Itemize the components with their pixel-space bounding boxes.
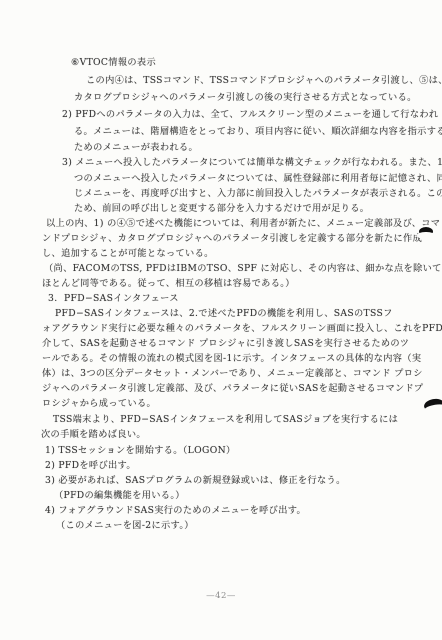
text-line: （このメニューを図-2に示す。） bbox=[56, 520, 194, 531]
scan-ink-mark bbox=[419, 227, 433, 236]
text-line: 以上の内、1) の④⑤で述べた機能については、利用者が新たに、メニュー定義部及び… bbox=[46, 218, 440, 229]
text-line: 体）は、3つの区分データセット・メンバーであり、メニュー定義部と、コマンド プロ… bbox=[42, 368, 423, 379]
text-line: 3) 必要があれば、SASプログラムの新規登録或いは、修正を行なう。 bbox=[45, 475, 346, 486]
text-line: ほとんど同等である。従って、相互の移植は容易である。） bbox=[42, 278, 295, 289]
text-line: ロシジャから成っている。 bbox=[42, 398, 156, 409]
text-line: ォアグラウンド実行に必要な種々のパラメータを、フルスクリーン画面に投入し、これを… bbox=[42, 323, 442, 334]
page-number: —42— bbox=[0, 591, 442, 601]
text-line: 3) メニューへ投入したパラメータについては簡単な構文チェックが行なわれる。また… bbox=[62, 157, 442, 168]
text-line: 2) PFDを呼び出す。 bbox=[45, 460, 136, 471]
text-line: 介して、SASを起動させるコマンド プロシジャに引き渡しSASを実行させるための… bbox=[42, 338, 409, 349]
text-line: （尚、FACOMのTSS, PFDはIBMのTSO、SPF に対応し、その内容は… bbox=[44, 263, 442, 274]
text-line: ールである。その情報の流れの模式図を図-1に示す。インタフェースの具体的な内容（… bbox=[42, 353, 421, 364]
text-line: ジャへのパラメータ引渡し定義部、及び、パラメータに従いSASを起動させるコマンド… bbox=[42, 383, 423, 394]
text-line: 2) PFDへのパラメータの入力は、全て、フルスクリーン型のメニューを通して行な… bbox=[62, 109, 438, 120]
text-line: （PFDの編集機能を用いる。） bbox=[54, 490, 185, 501]
text-line: 1) TSSセッションを開始する。（LOGON） bbox=[45, 445, 236, 456]
scan-ink-mark bbox=[423, 397, 442, 412]
text-line: TSS端末より、PFD−SASインタフェースを利用してSASジョブを実行するには bbox=[53, 414, 398, 425]
scanned-document-page: ⑥VTOC情報の表示この内④は、TSSコマンド、TSSコマンドプロシジャへのパラ… bbox=[0, 0, 442, 640]
text-line: 次の手順を踏めば良い。 bbox=[41, 429, 146, 440]
text-line: ンドプロシジャ、カタログプロシジャへのパラメータ引渡しを定義する部分を新たに作成 bbox=[42, 233, 422, 244]
text-line: カタログプロシジャへのパラメータ引渡しの後の実行させる方式となっている。 bbox=[74, 92, 417, 103]
text-line: じメニューを、再度呼び出すと、入力部に前回投入したパラメータが表示される。この bbox=[74, 188, 442, 199]
text-line: この内④は、TSSコマンド、TSSコマンドプロシジャへのパラメータ引渡し、⑤は、 bbox=[86, 75, 442, 86]
text-line: る。メニューは、階層構造をとっており、項目内容に従い、順次詳細な内容を指示する bbox=[74, 126, 442, 137]
text-line: ためのメニューが表われる。 bbox=[74, 142, 198, 153]
text-line: 4) フォアグラウンドSAS実行のためのメニューを呼び出す。 bbox=[45, 505, 306, 516]
text-line: つのメニューへ投入したパラメータについては、属性登録部に利用者毎に記憶され、同 bbox=[74, 173, 442, 184]
text-line: ⑥VTOC情報の表示 bbox=[71, 57, 156, 68]
text-line: ため、前回の呼び出しと変更する部分を入力するだけで用が足りる。 bbox=[74, 203, 369, 214]
text-line: し、追加することが可能となっている。 bbox=[42, 248, 214, 259]
text-line: PFD−SASインタフェースは、2.で述べたPFDの機能を利用し、SASのTSS… bbox=[55, 308, 393, 319]
text-line: 3. PFD−SASインタフェース bbox=[48, 293, 179, 304]
